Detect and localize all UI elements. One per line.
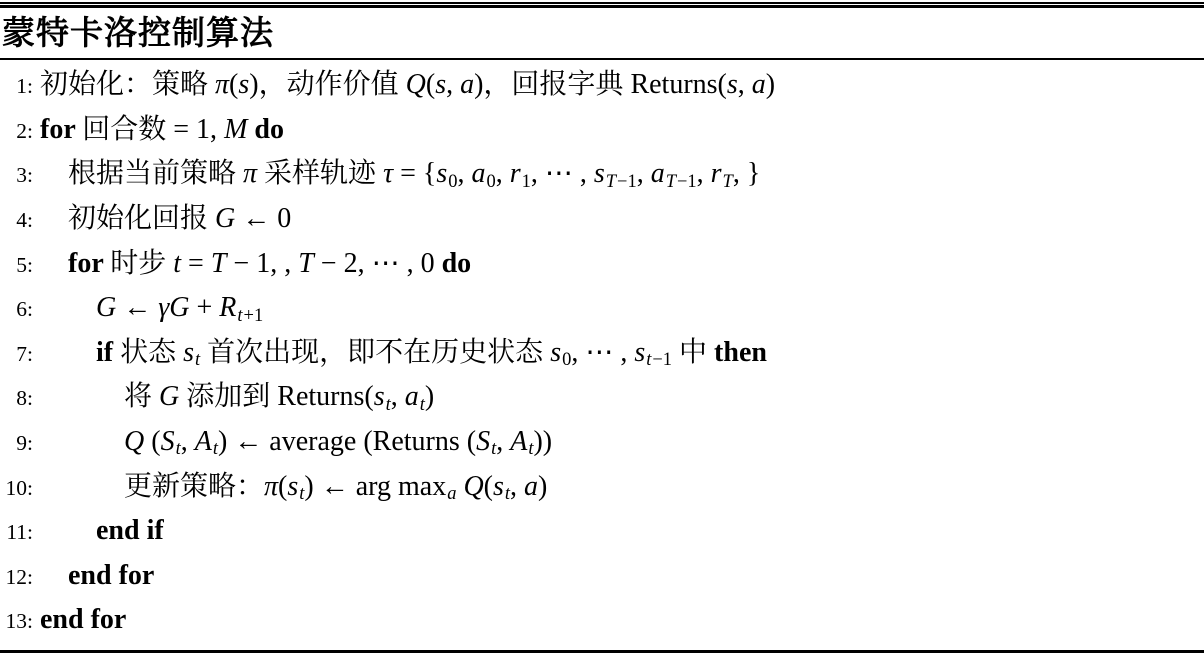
segment-it: s: [550, 337, 561, 368]
segment-it: r: [510, 158, 521, 189]
segment-it: s: [183, 337, 194, 368]
line-number: 1:: [0, 64, 33, 109]
segment-it: π: [215, 69, 229, 100]
segment-it: γG: [158, 292, 189, 323]
segment-cn: 中: [672, 337, 714, 368]
line-number: 5:: [0, 243, 33, 288]
line-number: 8:: [0, 376, 33, 421]
segment-cn: ，动作价值: [259, 69, 406, 100]
algorithm-line-9: 9:Q (St, At) ← average (Returns (St, At)…: [0, 420, 1204, 465]
line-number: 3:: [0, 153, 33, 198]
segment-rm: (: [484, 471, 493, 502]
algorithm-line-7: 7:if 状态 st 首次出现，即不在历史状态 s0, ⋯ , st−1 中 t…: [0, 331, 1204, 376]
segment-it: S: [476, 426, 490, 457]
segment-rm: ,: [446, 69, 460, 100]
algorithm-line-10: 10:更新策略：π(st) ← arg maxa Q(st, a): [0, 465, 1204, 510]
segment-it: r: [711, 158, 722, 189]
segment-rsub: −1: [617, 171, 637, 191]
line-content: for 回合数 = 1, M do: [40, 114, 284, 145]
segment-rm: =: [181, 248, 211, 279]
segment-cn: ，回报字典: [483, 69, 630, 100]
segment-cn: 添加到: [179, 381, 277, 412]
segment-rm: (: [426, 69, 435, 100]
segment-cn: 时步: [110, 248, 173, 279]
line-number: 13:: [0, 599, 33, 644]
segment-rsub: 0: [486, 171, 495, 191]
segment-rm: ): [249, 69, 258, 100]
segment-rm: ,: [738, 69, 752, 100]
line-number: 4:: [0, 198, 33, 243]
line-content: if 状态 st 首次出现，即不在历史状态 s0, ⋯ , st−1 中 the…: [40, 337, 767, 368]
segment-kw: if: [96, 337, 120, 368]
segment-rm: (: [144, 426, 160, 457]
segment-rsub: −1: [652, 349, 672, 369]
segment-kw: end for: [40, 604, 126, 635]
segment-rm: ,: [510, 471, 524, 502]
segment-rm: (: [278, 471, 287, 502]
segment-cn: 状态: [120, 337, 183, 368]
line-content: G ← γG + Rt+1: [40, 292, 263, 323]
segment-it: s: [493, 471, 504, 502]
segment-it: Q: [463, 471, 483, 502]
segment-it: A: [195, 426, 212, 457]
algorithm-line-1: 1:初始化：策略 π(s)，动作价值 Q(s, a)，回报字典 Returns(…: [0, 63, 1204, 108]
segment-rm: = 1,: [173, 114, 224, 145]
line-content: 更新策略：π(st) ← arg maxa Q(st, a): [40, 471, 547, 502]
segment-it: s: [238, 69, 249, 100]
segment-rm: ) ← average (Returns (: [218, 426, 476, 457]
segment-isub: T: [723, 171, 733, 191]
segment-it: s: [436, 158, 447, 189]
segment-kw: for: [40, 114, 82, 145]
segment-rm: ): [766, 69, 775, 100]
segment-rm: ,: [496, 158, 510, 189]
algorithm-line-11: 11:end if: [0, 509, 1204, 554]
segment-rsub: 1: [522, 171, 531, 191]
algorithm-line-5: 5:for 时步 t = T − 1, , T − 2, ⋯ , 0 do: [0, 242, 1204, 287]
segment-cn: 回合数: [82, 114, 173, 145]
segment-rm: = {: [393, 158, 436, 189]
segment-rm: ,: [391, 381, 405, 412]
segment-rm: ← 0: [235, 203, 291, 234]
algorithm-line-4: 4:初始化回报 G ← 0: [0, 197, 1204, 242]
segment-cn: 将: [124, 381, 159, 412]
algorithm-title: 蒙特卡洛控制算法: [0, 8, 1204, 58]
line-number: 7:: [0, 332, 33, 377]
segment-it: G: [215, 203, 235, 234]
segment-rm: ,: [181, 426, 195, 457]
segment-it: t: [173, 248, 181, 279]
segment-isub: t: [646, 349, 651, 369]
segment-cn: 初始化：策略: [40, 69, 215, 100]
segment-kw: end if: [96, 515, 164, 546]
line-content: Q (St, At) ← average (Returns (St, At)): [40, 426, 552, 457]
segment-it: T: [298, 248, 314, 279]
segment-cn: 采样轨迹: [257, 158, 383, 189]
algorithm-line-12: 12:end for: [0, 554, 1204, 599]
segment-rsub: −1: [677, 171, 697, 191]
segment-it: a: [471, 158, 485, 189]
bottom-rule: [0, 650, 1204, 653]
algorithm-line-2: 2:for 回合数 = 1, M do: [0, 108, 1204, 153]
line-content: end for: [40, 604, 126, 635]
segment-rm: ←: [116, 292, 158, 323]
segment-rm: ,: [697, 158, 711, 189]
segment-rm: , ⋯ ,: [571, 337, 634, 368]
algorithm-line-6: 6:G ← γG + Rt+1: [0, 286, 1204, 331]
segment-rm: ,: [637, 158, 651, 189]
line-content: 根据当前策略 π 采样轨迹 τ = {s0, a0, r1, ⋯ , sT−1,…: [40, 158, 760, 189]
segment-it: a: [752, 69, 766, 100]
segment-it: G: [159, 381, 179, 412]
segment-it: Q: [124, 426, 144, 457]
line-number: 10:: [0, 466, 33, 511]
segment-rm: )): [533, 426, 552, 457]
segment-it: S: [161, 426, 175, 457]
segment-it: s: [287, 471, 298, 502]
segment-rm: (: [229, 69, 238, 100]
segment-it: π: [264, 471, 278, 502]
segment-rm: ,: [496, 426, 510, 457]
segment-isub: T: [666, 171, 676, 191]
line-content: 初始化回报 G ← 0: [40, 203, 291, 234]
segment-rsub: +1: [244, 305, 264, 325]
segment-it: a: [524, 471, 538, 502]
algorithm-line-13: 13:end for: [0, 598, 1204, 643]
segment-rm: ): [425, 381, 434, 412]
segment-rm: ): [538, 471, 547, 502]
segment-it: T: [211, 248, 227, 279]
segment-it: a: [460, 69, 474, 100]
line-content: end if: [40, 515, 164, 546]
segment-rm: − 1, ,: [226, 248, 298, 279]
line-number: 6:: [0, 287, 33, 332]
segment-rm: Returns(: [630, 69, 726, 100]
algorithm-document: 蒙特卡洛控制算法 1:初始化：策略 π(s)，动作价值 Q(s, a)，回报字典…: [0, 2, 1204, 654]
segment-cn: 初始化回报: [68, 203, 215, 234]
segment-it: s: [634, 337, 645, 368]
line-number: 12:: [0, 555, 33, 600]
segment-cn: 首次出现，即不在历史状态: [200, 337, 550, 368]
segment-it: s: [374, 381, 385, 412]
segment-it: R: [219, 292, 236, 323]
segment-it: τ: [383, 158, 393, 189]
segment-rm: , }: [733, 158, 760, 189]
line-number: 11:: [0, 510, 33, 555]
line-content: 初始化：策略 π(s)，动作价值 Q(s, a)，回报字典 Returns(s,…: [40, 69, 775, 100]
segment-rm: Returns(: [277, 381, 373, 412]
segment-cn: 更新策略：: [124, 471, 264, 502]
line-content: end for: [40, 560, 154, 591]
segment-kw: for: [68, 248, 110, 279]
segment-it: π: [243, 158, 257, 189]
segment-kw: do: [435, 248, 472, 279]
segment-rm: ) ← arg max: [304, 471, 446, 502]
algorithm-line-3: 3:根据当前策略 π 采样轨迹 τ = {s0, a0, r1, ⋯ , sT−…: [0, 152, 1204, 197]
segment-rsub: 0: [562, 349, 571, 369]
segment-cn: 根据当前策略: [68, 158, 243, 189]
segment-rm: − 2, ⋯ , 0: [314, 248, 435, 279]
segment-it: s: [594, 158, 605, 189]
segment-it: G: [96, 292, 116, 323]
segment-it: a: [405, 381, 419, 412]
segment-rm: ,: [457, 158, 471, 189]
segment-it: s: [727, 69, 738, 100]
segment-it: Q: [406, 69, 426, 100]
segment-it: A: [510, 426, 527, 457]
algorithm-line-8: 8:将 G 添加到 Returns(st, at): [0, 375, 1204, 420]
segment-isub: t: [237, 305, 242, 325]
segment-rm: +: [190, 292, 220, 323]
segment-kw: do: [247, 114, 284, 145]
segment-it: s: [435, 69, 446, 100]
line-content: 将 G 添加到 Returns(st, at): [40, 381, 434, 412]
line-number: 2:: [0, 109, 33, 154]
line-content: for 时步 t = T − 1, , T − 2, ⋯ , 0 do: [40, 248, 471, 279]
segment-isub: T: [606, 171, 616, 191]
segment-rm: , ⋯ ,: [531, 158, 594, 189]
line-number: 9:: [0, 421, 33, 466]
segment-it: M: [224, 114, 247, 145]
segment-kw: then: [714, 337, 767, 368]
segment-kw: end for: [68, 560, 154, 591]
segment-it: a: [651, 158, 665, 189]
algorithm-lines: 1:初始化：策略 π(s)，动作价值 Q(s, a)，回报字典 Returns(…: [0, 60, 1204, 643]
